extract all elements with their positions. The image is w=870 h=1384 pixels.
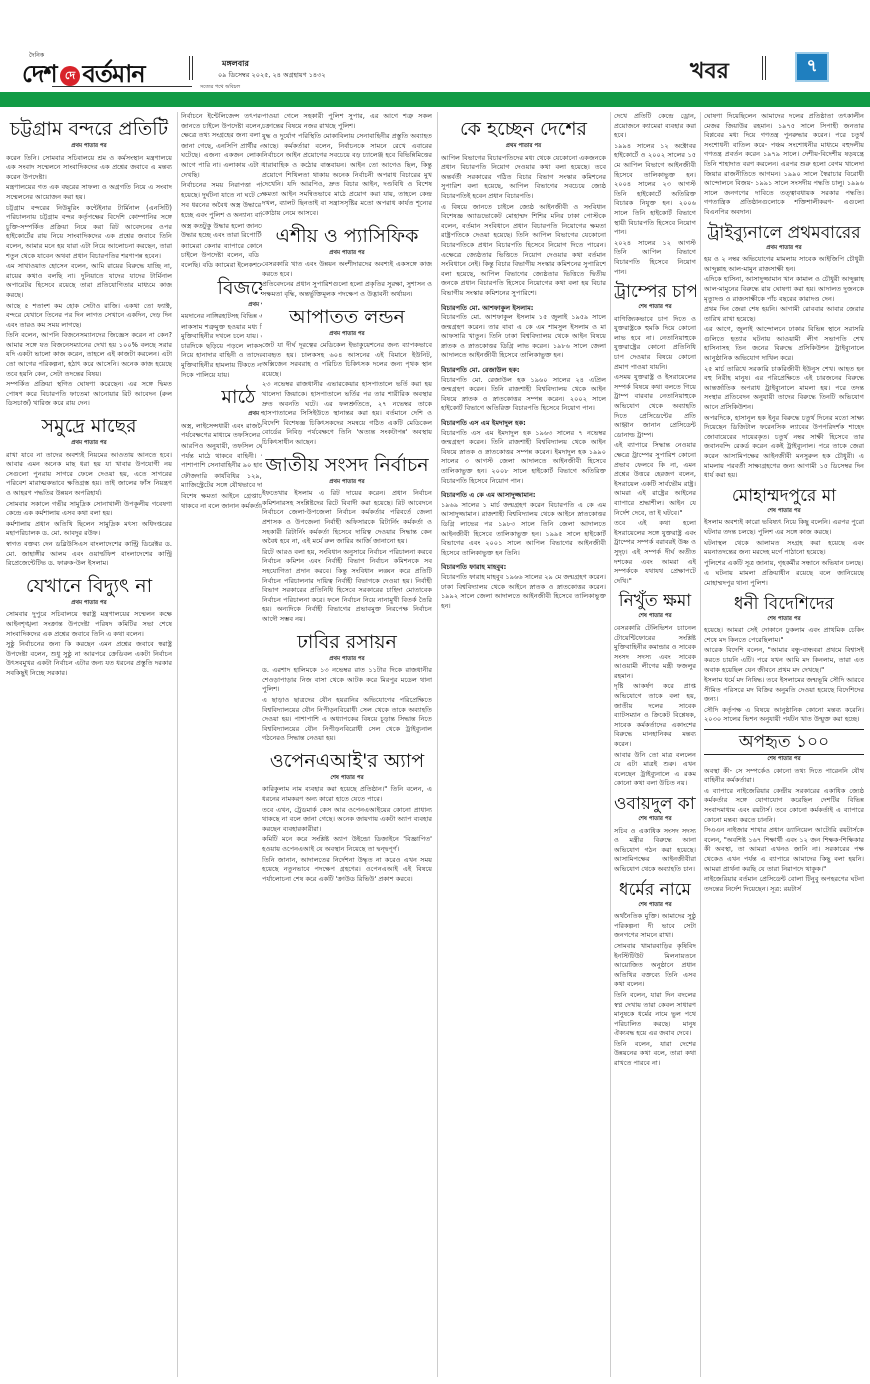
article-london-for-now[interactable]: আপাতত লন্ডন প্রথম পাতার পর জেট যা দীর্ঘ … bbox=[262, 304, 432, 448]
article-abducted-100[interactable]: অপহৃত ১০০ শেষ পাতার পর অবস্থা কী- সে সম্… bbox=[704, 729, 864, 894]
article-col3-continuation[interactable]: পাওয়া গেলে সহকারী পুলিশ সুপার, এর আগে শ… bbox=[262, 112, 432, 219]
article-headline: এশীয় ও প্যাসিফিক bbox=[262, 223, 432, 249]
column-3: পাওয়া গেলে সহকারী পুলিশ সুপার, এর আগে শ… bbox=[262, 112, 432, 1382]
article-paragraph: অপরদিকে, হাসানুল হক ইনুর বিরুদ্ধে চতুর্থ… bbox=[704, 414, 864, 481]
continuation-label: শেষ পাতার পর bbox=[614, 815, 696, 825]
article-paragraph: কারিকুলাম নাম ব্যবহার করা হয়েছে প্রতিষ্… bbox=[262, 785, 432, 804]
masthead: দৈনিক দেশ দে বর্তমান সত্যের পথে অবিচল মঙ… bbox=[0, 0, 870, 100]
article-paragraph: তিনি জানান, আদালতের নির্দেশনা উদ্ধৃত না … bbox=[262, 856, 432, 885]
article-paragraph: ২৩ নভেম্বর রাজধানীর এভারকেয়ার হাসপাতালে… bbox=[262, 380, 432, 447]
article-paragraph: করেন তিনি। সোমবার সচিবালয়ে শ্রম ও কর্মস… bbox=[6, 154, 172, 183]
article-paragraph: আছে ৫ শতাংশ কম হোক সেটাও রাজি। একথা তো ফ… bbox=[6, 302, 172, 331]
article-paragraph: ইসলাম ধর্মে মদ নিষিদ্ধ। তবে ইসলামের জন্ম… bbox=[704, 676, 864, 705]
continuation-label: শেষ পাতার পর bbox=[614, 303, 696, 313]
article-headline: জাতীয় সংসদ নির্বাচন bbox=[262, 452, 432, 478]
article-paragraph: ইসলাম অবশ্যই কারো ভবিষ্যৎ নিয়ে কিছু বলে… bbox=[704, 518, 864, 537]
article-headline: ওবায়দুল কাদের ও bbox=[614, 793, 696, 815]
article-paragraph: এর আগে, জুলাই আন্দোলনে ঢাকার বিভিন্ন স্থ… bbox=[704, 325, 864, 363]
justice-subhead: বিচারপতি ফারাহ মাহবুব: bbox=[441, 563, 606, 573]
article-paragraph: সৌদি কর্তৃপক্ষ এ বিষয়ে আনুষ্ঠানিক কোনো … bbox=[704, 706, 864, 725]
article-in-name-of-religion[interactable]: ধর্মের নামে শেষ পাতার পর অর্থনৈতিক মুক্ত… bbox=[614, 879, 696, 1069]
article-headline: ট্রাম্পের চাপকে bbox=[614, 281, 696, 303]
article-paragraph: নাইজেরিয়ার বর্তমান প্রেসিডেন্ট বোলা টিন… bbox=[704, 875, 864, 894]
tagline-rule bbox=[52, 86, 192, 87]
column-1: চট্টগ্রাম বন্দরে প্রতিটি প্রথম পাতার পর … bbox=[6, 112, 172, 1382]
masthead-divider bbox=[189, 56, 193, 80]
article-headline: ট্রাইব্যুনালে প্রথমবারের bbox=[704, 222, 864, 244]
continuation-label: প্রথম পাতার পর bbox=[262, 478, 432, 488]
article-paragraph: ইফতেখার ইসলাম এ রিট দায়ের করেন। প্রধান … bbox=[262, 489, 432, 547]
article-paragraph: ড. এরশাদ হালিমকে ১৩ নভেম্বর রাত ১১টার দি… bbox=[262, 666, 432, 695]
article-paragraph: অর্থনৈতিক মুক্তি। আমাদের সুষ্ঠু পরিকল্পন… bbox=[614, 912, 696, 941]
article-headline: ওপেনএআই'র অ্যাপ bbox=[262, 748, 432, 774]
column-divider bbox=[177, 112, 178, 1377]
logo-name-part1: দেশ bbox=[22, 56, 57, 96]
article-headline: অপহৃত ১০০ bbox=[704, 729, 864, 755]
article-paragraph: দেখে প্রতিটি কেন্দ্রে ড্রোন, প্রয়োজনে ক… bbox=[614, 112, 696, 141]
continuation-label: প্রথম পাতার পর bbox=[6, 439, 172, 449]
article-paragraph: বিচারপতি ফারাহ মাহবুব ১৯৬৬ সালের ২৯ মে জ… bbox=[441, 573, 606, 611]
continuation-label: প্রথম পাতার পর bbox=[6, 142, 172, 152]
continuation-label: শেষ পাতার পর bbox=[704, 615, 864, 625]
article-headline: নিখুঁত ক্ষমা bbox=[614, 590, 696, 612]
article-headline: আপাতত লন্ডন bbox=[262, 304, 432, 330]
article-paragraph: মন্ত্রণালয়ের গত এক বছরের সাফল্য ও অগ্রগ… bbox=[6, 183, 172, 202]
continuation-label: প্রথম পাতার পর bbox=[704, 244, 864, 254]
article-paragraph: ২৫ মার্চ তারিখে সরকারি চাকরিজীবী ইউনুস শ… bbox=[704, 365, 864, 413]
column-5-content: দেখে প্রতিটি কেন্দ্রে ড্রোন, প্রয়োজনে ক… bbox=[614, 112, 696, 1382]
article-paragraph: এসময় যুক্তরাষ্ট্র ও ইসরায়েলের সম্পর্ক … bbox=[614, 373, 696, 440]
page-number-badge: ৭ bbox=[795, 52, 829, 82]
article-paragraph: স্বাগত বক্তব্য দেন ডব্লিউসিএস বাংলাদেশের… bbox=[6, 540, 172, 569]
article-paragraph: আপিল বিভাগের বিচারপতিদের মধ্য থেকে যেকোন… bbox=[441, 154, 606, 202]
logo-tagline: সত্যের পথে অবিচল bbox=[200, 84, 240, 92]
column-4: কে হচ্ছেন দেশের প্রথম পাতার পর আপিল বিভা… bbox=[441, 112, 606, 1382]
article-trump-pressure[interactable]: ট্রাম্পের চাপকে শেষ পাতার পর বাণিজ্যিকভা… bbox=[614, 281, 696, 586]
article-paragraph: বেসরকারি টেলিভিশন চ্যানেল টোয়েন্টিফোরের… bbox=[614, 624, 696, 682]
continuation-label: শেষ পাতার পর bbox=[704, 507, 864, 517]
article-paragraph: ১৯৬৯ সালের ১ মার্চ জন্মগ্রহণ করেন বিচারপ… bbox=[441, 501, 606, 559]
article-paragraph: অবস্থা কী- সে সম্পর্কেও কোনো তথ্য দিতে প… bbox=[704, 767, 864, 786]
article-paragraph: এদিকে হাসিনা, আসাদুজ্জামান খান কামাল ও চ… bbox=[704, 275, 864, 304]
article-no-electricity[interactable]: যেখানে বিদ্যুৎ না প্রথম পাতার পর সোমবার … bbox=[6, 573, 172, 679]
article-headline: ঢাবির রসায়ন bbox=[262, 629, 432, 655]
article-headline: সমুদ্রে মাছের bbox=[6, 413, 172, 439]
continuation-label: প্রথম পাতার পর bbox=[262, 330, 432, 340]
justice-subhead: বিচারপতি এস এম ইমদাদুল হক: bbox=[441, 419, 606, 429]
column-divider bbox=[700, 112, 701, 1377]
continuation-label: শেষ পাতার পর bbox=[614, 901, 696, 911]
article-paragraph: এ বিষয়ে জানতে চাইলে জ্যেষ্ঠ আইনজীবী ও স… bbox=[441, 203, 606, 299]
continuation-label: প্রথম পাতার পর bbox=[262, 655, 432, 665]
article-paragraph: সোমবার খামারবাড়ির কৃষিবিদ ইনস্টিটিউট মি… bbox=[614, 942, 696, 990]
issue-date: ০৯ ডিসেম্বর ২০২৫, ২৪ অগ্রহায়ণ ১৪৩২ bbox=[218, 70, 326, 81]
article-paragraph: ১৯৯৪ সালের ১২ অক্টোবর হাইকোর্টে ও ২০০২ স… bbox=[614, 142, 696, 238]
article-paragraph: এম সাখাওয়াত হোসেন বলেন, আমি রায়ের বিরু… bbox=[6, 262, 172, 300]
article-flawless-apology[interactable]: নিখুঁত ক্ষমা শেষ পাতার পর বেসরকারি টেলিভ… bbox=[614, 590, 696, 789]
article-headline: ধর্মের নামে bbox=[614, 879, 696, 901]
article-paragraph: পুলিশের একটি সূত্র জানায়, গৃহকর্মীর সন্… bbox=[704, 559, 864, 569]
article-paragraph: তিনি বলেন, যারা দেশের উন্নয়নের কথা বলে,… bbox=[614, 1040, 696, 1069]
article-mohammadpur-mother[interactable]: মোহাম্মদপুরে মা শেষ পাতার পর ইসলাম অবশ্য… bbox=[704, 485, 864, 589]
article-paragraph: আবার উনি তো মাত্র বললেন যে এটা মাত্রই শু… bbox=[614, 751, 696, 789]
article-paragraph: প্রতিবেদনের প্রধান সুপারিশগুলো হলো প্রকৃ… bbox=[262, 280, 432, 299]
column-6: ঘোষণা দিয়েছিলেন আমাদের দলের প্রতিষ্ঠাতা… bbox=[704, 112, 864, 1382]
article-paragraph: সুষ্ঠু নির্বাচনের জন্য কি করছেন এমন প্রশ… bbox=[6, 640, 172, 678]
article-paragraph: হয়েছে। আমরা সেই দোকানে ঢুকলাম এবং প্রাথ… bbox=[704, 626, 864, 645]
justice-subhead: বিচারপতি এ কে এম আসাদুজ্জামান: bbox=[441, 491, 606, 501]
masthead-green-bar bbox=[0, 92, 870, 107]
column-divider bbox=[437, 112, 438, 1377]
continuation-label: শেষ পাতার পর bbox=[614, 612, 696, 622]
article-paragraph: বিচারপতি মো. রেজাউল হক ১৯৬০ সালের ২৪ এপ্… bbox=[441, 376, 606, 414]
article-paragraph: পাওয়া গেলে সহকারী পুলিশ সুপার, এর আগে শ… bbox=[262, 112, 432, 131]
continuation-label: শেষ পাতার পর bbox=[704, 755, 864, 765]
article-national-election[interactable]: জাতীয় সংসদ নির্বাচন প্রথম পাতার পর ইফতে… bbox=[262, 452, 432, 625]
article-asia-pacific[interactable]: এশীয় ও প্যাসিফিক প্রথম পাতার পর বেসরকার… bbox=[262, 223, 432, 300]
article-paragraph: হয় ও ২ নম্বর অভিযোগের মামলায় সাবেক আইজ… bbox=[704, 255, 864, 274]
article-paragraph: এই ব্যাপারে সিদ্ধান্ত নেওয়ার ক্ষেত্রে ট… bbox=[614, 441, 696, 518]
article-paragraph: সোমবার দুপুরে সচিবালয়ে স্বরাষ্ট্র মন্ত্… bbox=[6, 610, 172, 639]
article-paragraph: এ ছাড়াও ছাত্রদের যৌন হয়রানির অভিযোগের … bbox=[262, 696, 432, 744]
article-paragraph: এ ব্যাপারে নাইজেরিয়ার কেন্দ্রীয় সরকারে… bbox=[704, 787, 864, 825]
article-col6-continuation[interactable]: ঘোষণা দিয়েছিলেন আমাদের দলের প্রতিষ্ঠাতা… bbox=[704, 112, 864, 218]
article-paragraph: ঘটনাস্থল থেকে আলামত সংগ্রহ করা হয়েছে এব… bbox=[704, 539, 864, 558]
justice-subhead: বিচারপতি মো. আশফাকুল ইসলাম: bbox=[441, 304, 606, 314]
article-paragraph: সচিব ও একাধিক সংসদ সদস্য ও মন্ত্রীর বিরু… bbox=[614, 827, 696, 875]
article-paragraph: তিনি বলেন, যারা দিন বদলের স্বপ্ন দেখায় … bbox=[614, 991, 696, 1039]
article-paragraph: যুদ্ধ ও দুর্যোগ পরিস্থিতি মোকাবিলায় সেন… bbox=[262, 132, 432, 218]
article-headline: যেখানে বিদ্যুৎ না bbox=[6, 573, 172, 599]
article-paragraph: জেট যা দীর্ঘ দূরত্বের মেডিকেল ইভাকুয়েশন… bbox=[262, 341, 432, 379]
article-paragraph: বাণিজ্যিকভাবে চাপ দিতে ও যুক্তরাষ্ট্রকে … bbox=[614, 315, 696, 373]
article-paragraph: তিনি বলেন, আপনি বিজনেসম্যানদের জিজ্ঞেস ক… bbox=[6, 331, 172, 379]
article-paragraph: তবে এখন, ট্রেডমার্ক কেস আর ওপেনএআইয়ের ক… bbox=[262, 806, 432, 835]
article-tribunal-first-time[interactable]: ট্রাইব্যুনালে প্রথমবারের প্রথম পাতার পর … bbox=[704, 222, 864, 481]
article-paragraph: রাখা যাবে না তাদের অবশ্যই নিয়মের আওতায়… bbox=[6, 451, 172, 499]
article-paragraph: বিচারপতি মো. আশফাকুল ইসলাম ১৫ জুলাই ১৯৫৯… bbox=[441, 313, 606, 361]
continuation-label: প্রথম পাতার পর bbox=[262, 249, 432, 259]
continuation-label: প্রথম পাতার পর bbox=[6, 599, 172, 609]
article-paragraph: কমিটি মনে করে সংশ্লিষ্ট অ্যাপ উইন্ডো ডিজ… bbox=[262, 835, 432, 854]
section-title: খবর bbox=[690, 54, 729, 91]
article-headline: ধনী বিদেশিদের bbox=[704, 593, 864, 615]
section-divider bbox=[762, 56, 766, 80]
article-headline: চট্টগ্রাম বন্দরে প্রতিটি bbox=[6, 116, 172, 142]
article-openai-app[interactable]: ওপেনএআই'র অ্যাপ শেষ পাতার পর কারিকুলাম ন… bbox=[262, 748, 432, 885]
article-paragraph: দৃষ্টি আকর্ষণ করে প্রাপ্ত অভিযোগে তাকে ব… bbox=[614, 682, 696, 749]
article-paragraph: প্রথম দিন জেরা শেষ হয়নি। আগামী রোববার আ… bbox=[704, 305, 864, 324]
article-paragraph: রিটে আরও বলা হয়, সংবিধান অনুসারে নির্বা… bbox=[262, 548, 432, 625]
article-sea-fish[interactable]: সমুদ্রে মাছের প্রথম পাতার পর রাখা যাবে ন… bbox=[6, 413, 172, 569]
article-chattogram-port[interactable]: চট্টগ্রাম বন্দরে প্রতিটি প্রথম পাতার পর … bbox=[6, 116, 172, 409]
article-paragraph: আরেক বিদেশি বলেন, "আমার বন্ধু-বান্ধবরা প… bbox=[704, 646, 864, 675]
article-paragraph: এ ঘটনায় মামলা প্রক্রিয়াধীন রয়েছে বলে … bbox=[704, 569, 864, 588]
continuation-label: শেষ পাতার পর bbox=[262, 774, 432, 784]
article-headline: কে হচ্ছেন দেশের bbox=[441, 116, 606, 142]
article-paragraph: সম্পর্কিত প্রক্রিয়া স্থগিত ঘোষণা করেছেন… bbox=[6, 380, 172, 409]
article-paragraph: কর্মশালায় প্রধান অতিথি ছিলেন সামুদ্রিক … bbox=[6, 520, 172, 539]
article-paragraph: সিএএন নাইজার শাখার প্রধান ড্যানিয়েল আটো… bbox=[704, 826, 864, 874]
article-paragraph: চট্টগ্রাম বন্দরের নিউমুরিং কন্টেইনার টার… bbox=[6, 204, 172, 262]
article-col5-continuation[interactable]: দেখে প্রতিটি কেন্দ্রে ড্রোন, প্রয়োজনে ক… bbox=[614, 112, 696, 277]
continuation-label: প্রথম পাতার পর bbox=[441, 142, 606, 152]
article-paragraph: বিচারপতি এস এম ইমদাদুল হক ১৯৬৩ সালের ৭ ন… bbox=[441, 429, 606, 487]
article-chief-justice[interactable]: কে হচ্ছেন দেশের প্রথম পাতার পর আপিল বিভা… bbox=[441, 116, 606, 611]
article-paragraph: তবে এই কথা হলো ইসরায়েলের সঙ্গে যুক্তরাষ… bbox=[614, 519, 696, 586]
article-du-chemistry[interactable]: ঢাবির রসায়ন প্রথম পাতার পর ড. এরশাদ হাল… bbox=[262, 629, 432, 744]
newspaper-logo[interactable]: দেশ দে বর্তমান bbox=[22, 56, 145, 96]
article-paragraph: সোমবার সকালে গভীর সামুদ্রিক সোনাখালী উপক… bbox=[6, 500, 172, 519]
article-paragraph: ঘোষণা দিয়েছিলেন আমাদের দলের প্রতিষ্ঠাতা… bbox=[704, 112, 864, 218]
article-obaidul-quader[interactable]: ওবায়দুল কাদের ও শেষ পাতার পর সচিব ও একা… bbox=[614, 793, 696, 875]
column-divider bbox=[610, 112, 611, 1377]
article-rich-foreigners[interactable]: ধনী বিদেশিদের শেষ পাতার পর হয়েছে। আমরা … bbox=[704, 593, 864, 726]
article-paragraph: বেসরকারি খাত এবং উন্নয়ন অংশীদারদের অবশ্… bbox=[262, 260, 432, 279]
justice-subhead: বিচারপতি মো. রেজাউল হক: bbox=[441, 366, 606, 376]
article-headline: মোহাম্মদপুরে মা bbox=[704, 485, 864, 507]
map-emblem-icon: দে bbox=[60, 66, 80, 86]
logo-name-part2: বর্তমান bbox=[83, 56, 145, 96]
article-paragraph: ২০২৪ সালের ১২ আগস্ট তিনি আপিল বিভাগে বিচ… bbox=[614, 239, 696, 277]
